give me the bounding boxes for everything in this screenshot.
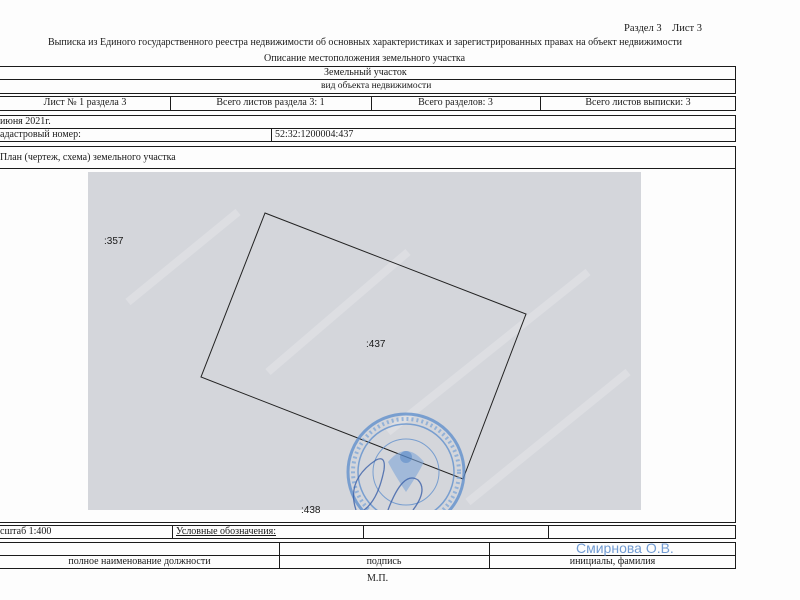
date-value: июня 2021г. [0,116,51,127]
position-caption: полное наименование должности [0,556,279,567]
scale-legend-row [0,525,736,539]
stamp-place-caption: М.П. [367,573,388,584]
document-title: Выписка из Единого государственного реес… [48,37,682,48]
extract-sheets-total: Всего листов выписки: 3 [540,97,736,108]
signature-caption: подпись [279,556,489,567]
signer-name: Смирнова О.В. [576,540,674,556]
object-type: Земельный участок [324,67,407,78]
sections-total: Всего разделов: 3 [371,97,540,108]
sheet-number: Лист № 1 раздела 3 [0,97,170,108]
section-sheets-total: Всего листов раздела 3: 1 [170,97,371,108]
name-caption: инициалы, фамилия [489,556,736,567]
official-stamp-icon [348,414,464,510]
neighbor-parcel-438: :438 [301,505,320,516]
plan-drawing: :357 :437 :438 [88,172,641,510]
scale-label: сштаб 1:400 [0,526,51,537]
legend-label: Условные обозначения: [176,526,276,537]
neighbor-parcel-357: :357 [104,236,123,247]
parcel-437: :437 [366,339,385,350]
object-type-caption: вид объекта недвижимости [321,81,431,91]
cadastral-label: адастровый номер: [0,129,81,140]
plan-title: План (чертеж, схема) земельного участка [0,152,176,163]
section-sheet-label: Раздел 3 Лист 3 [624,23,702,34]
cadastral-number: 52:32:1200004:437 [275,129,353,140]
document-subtitle: Описание местоположения земельного участ… [264,53,465,64]
